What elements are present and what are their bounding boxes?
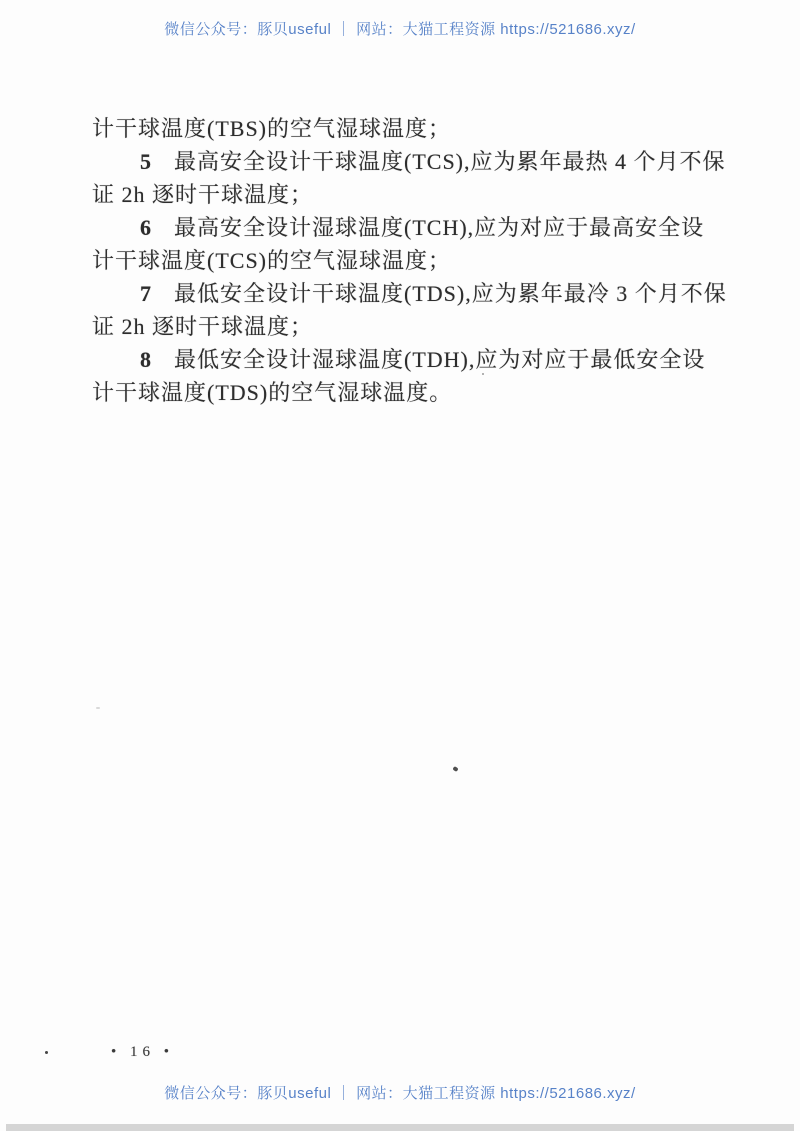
text-line: 5最高安全设计干球温度(TCS),应为累年最热 4 个月不保 — [92, 145, 717, 178]
paragraph-number: 7 — [140, 277, 154, 310]
paragraph-text: 计干球温度(TBS)的空气湿球温度； — [92, 116, 451, 141]
text-line: 计干球温度(TBS)的空气湿球温度； — [92, 112, 717, 145]
watermark-top: 微信公众号：豚贝useful ｜ 网站：大猫工程资源 https://52168… — [0, 18, 800, 39]
text-line: 6最高安全设计湿球温度(TCH),应为对应于最高安全设 — [92, 211, 717, 244]
scanned-document-page: 微信公众号：豚贝useful ｜ 网站：大猫工程资源 https://52168… — [0, 0, 800, 1131]
text-line: 证 2h 逐时干球温度； — [92, 178, 717, 211]
paragraph-number: 6 — [140, 211, 154, 244]
paragraph-number: 5 — [140, 145, 154, 178]
scan-speck — [45, 1051, 48, 1054]
scan-speck — [452, 766, 458, 772]
watermark-bottom: 微信公众号：豚贝useful ｜ 网站：大猫工程资源 https://52168… — [0, 1082, 800, 1103]
page-number: • 16 • — [111, 1044, 174, 1061]
text-line: 8最低安全设计湿球温度(TDH),应为对应于最低安全设 — [92, 343, 717, 376]
paragraph-text: 最高安全设计干球温度(TCS),应为累年最热 4 个月不保 — [174, 149, 726, 174]
paragraph-number: 8 — [140, 343, 154, 376]
text-line: 计干球温度(TDS)的空气湿球温度。 — [92, 376, 717, 409]
paragraph-text: 计干球温度(TCS)的空气湿球温度； — [92, 248, 451, 273]
paragraph-text: 计干球温度(TDS)的空气湿球温度。 — [92, 380, 452, 405]
paragraph-text: 最低安全设计干球温度(TDS),应为累年最冷 3 个月不保 — [174, 281, 727, 306]
bottom-scan-bar — [6, 1124, 794, 1131]
text-line: 计干球温度(TCS)的空气湿球温度； — [92, 244, 717, 277]
scan-speck — [96, 707, 100, 709]
paragraph-text: 证 2h 逐时干球温度； — [92, 182, 313, 207]
text-line: 证 2h 逐时干球温度； — [92, 310, 717, 343]
scan-speck — [482, 373, 484, 375]
text-line: 7最低安全设计干球温度(TDS),应为累年最冷 3 个月不保 — [92, 277, 717, 310]
paragraph-text: 最低安全设计湿球温度(TDH),应为对应于最低安全设 — [174, 347, 705, 372]
body-text: 计干球温度(TBS)的空气湿球温度； 5最高安全设计干球温度(TCS),应为累年… — [92, 112, 717, 409]
paragraph-text: 最高安全设计湿球温度(TCH),应为对应于最高安全设 — [174, 215, 704, 240]
paragraph-text: 证 2h 逐时干球温度； — [92, 314, 313, 339]
